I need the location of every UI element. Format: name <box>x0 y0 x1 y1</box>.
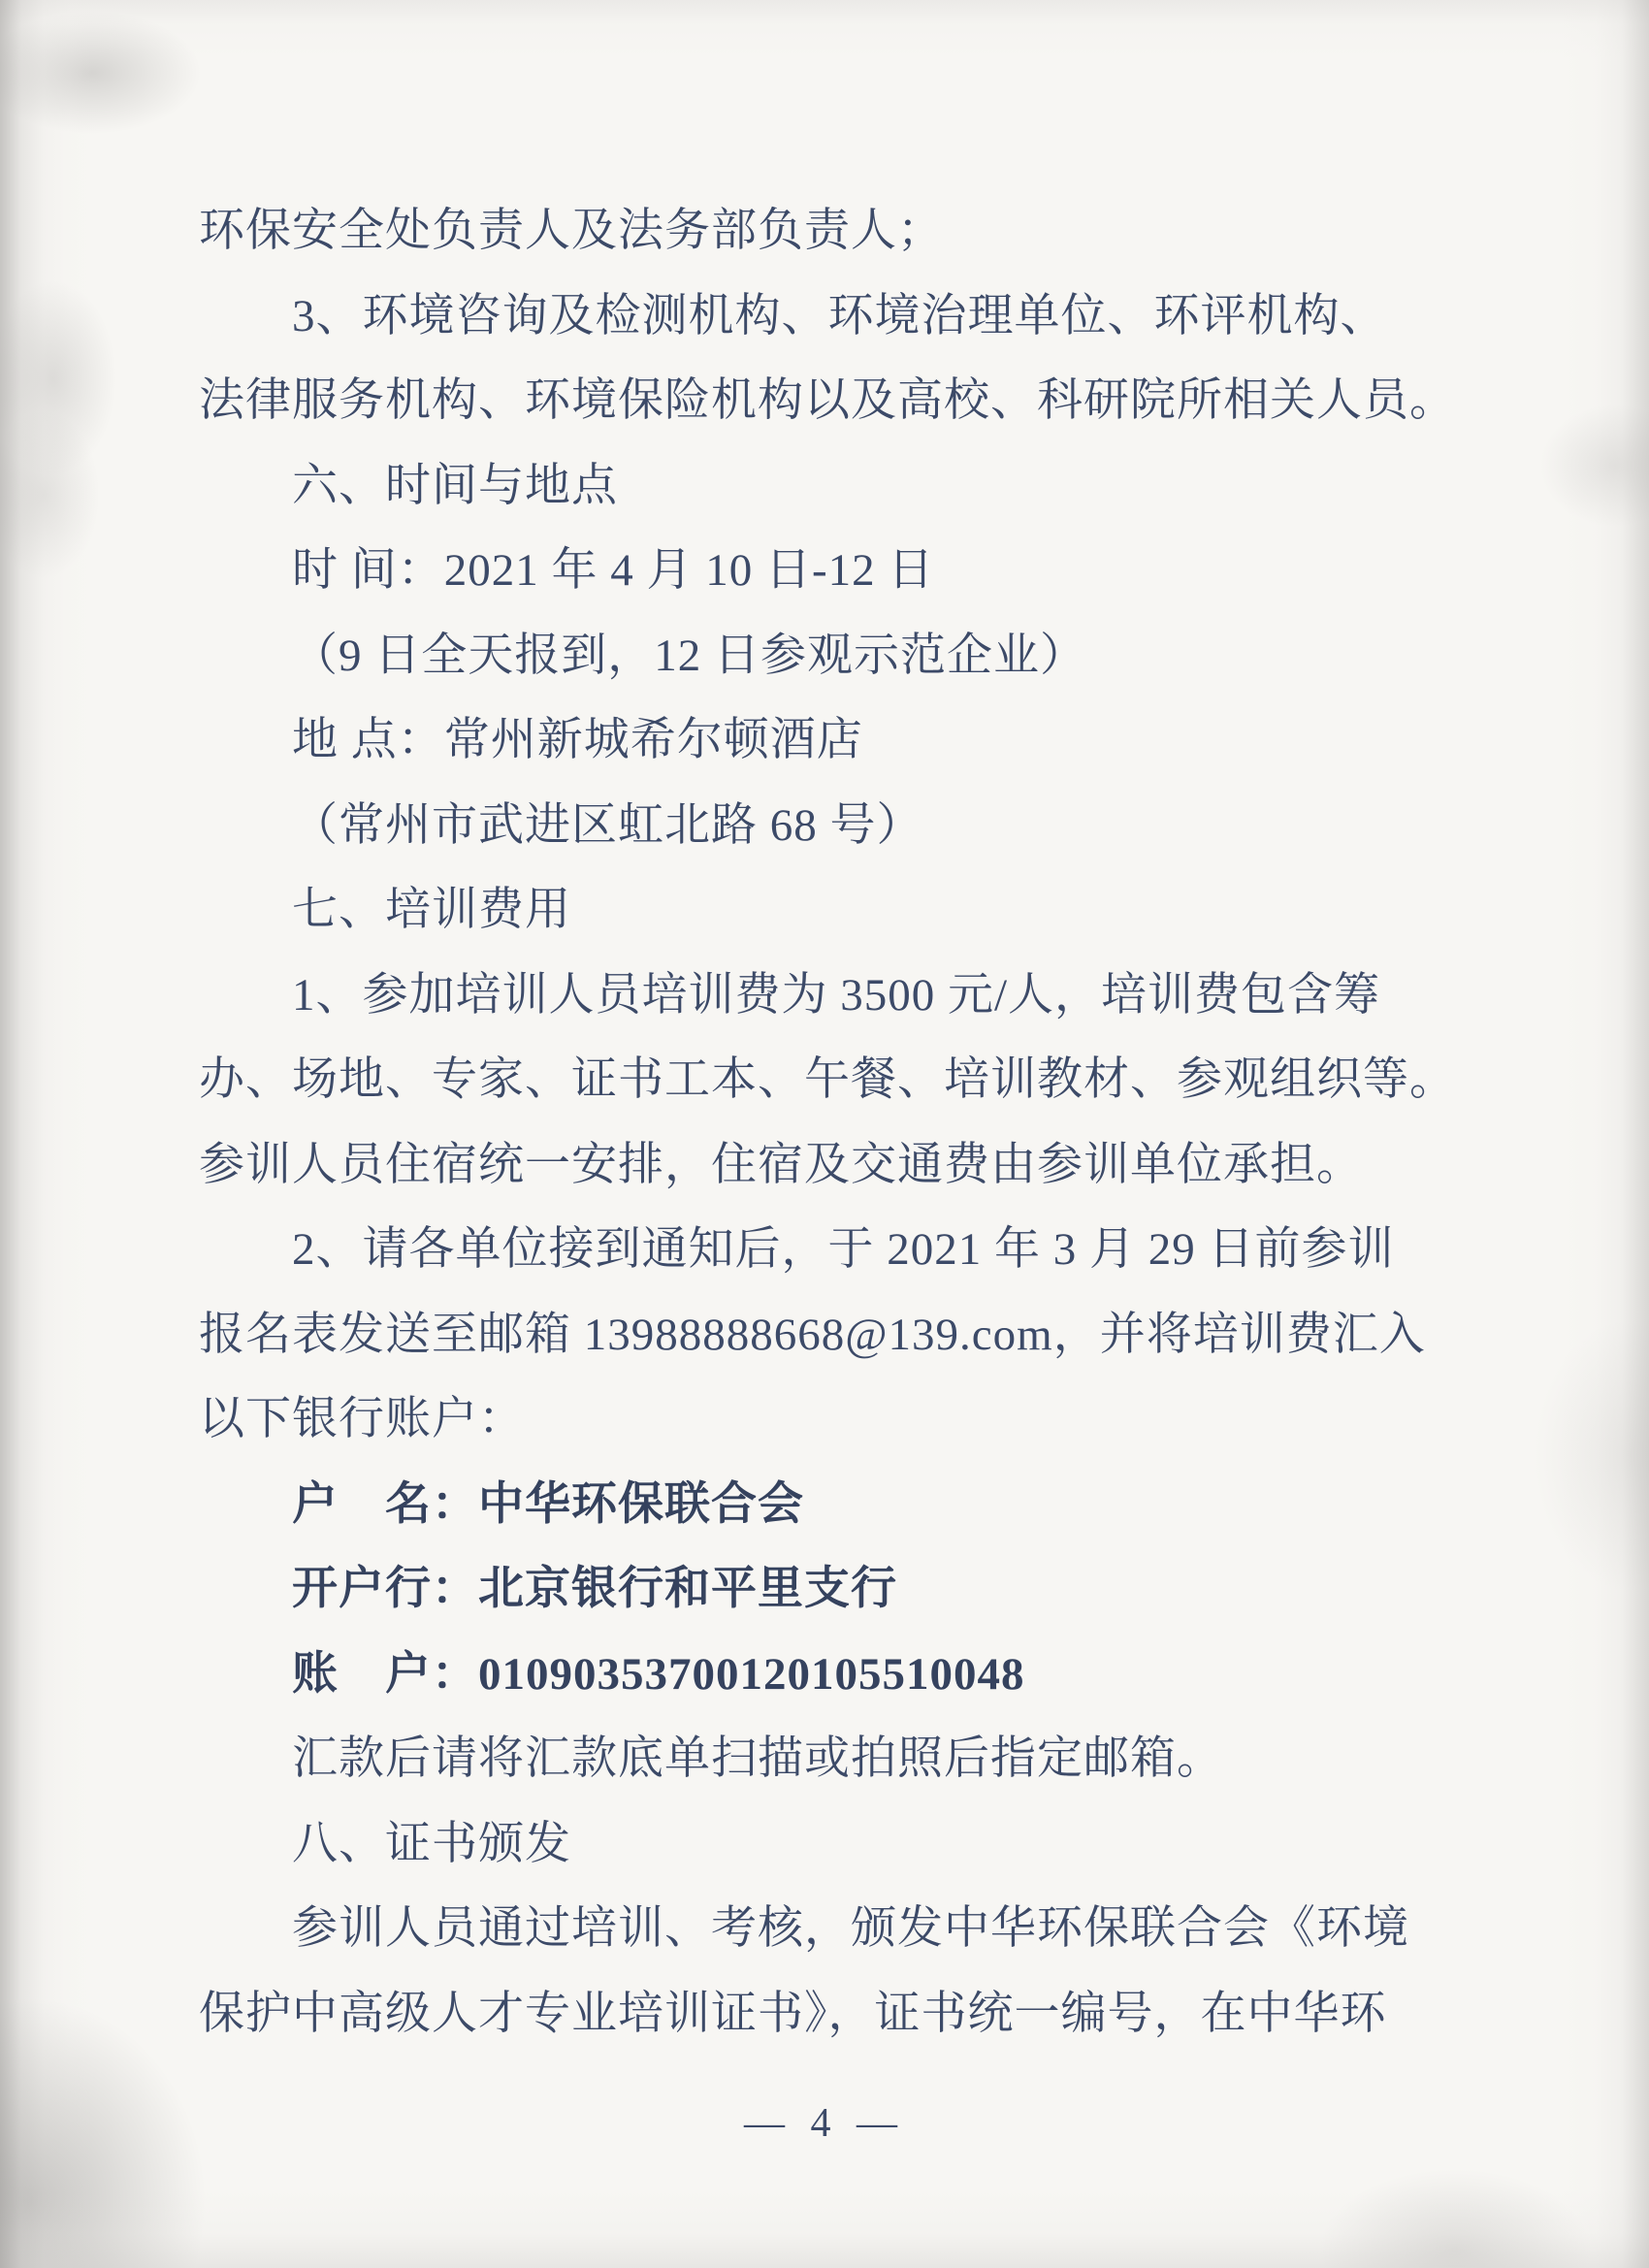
heading-section-7-fees: 七、培训费用 <box>199 868 1455 954</box>
text-line-checkin-note: （9 日全天报到，12 日参观示范企业） <box>199 614 1455 699</box>
text-line-lodging-note: 参训人员住宿统一安排，住宿及交通费由参训单位承担。 <box>199 1123 1455 1209</box>
text-line-address-note: （常州市武进区虹北路 68 号） <box>199 784 1455 869</box>
text-line-location: 地 点：常州新城希尔顿酒店 <box>199 698 1455 784</box>
text-line-email-remit: 报名表发送至邮箱 13988888668@139.com，并将培训费汇入 <box>199 1293 1455 1378</box>
text-line-fee-item-1: 1、参加培训人员培训费为 3500 元/人，培训费包含筹 <box>199 954 1455 1039</box>
text-line-bank-branch: 开户行：北京银行和平里支行 <box>199 1547 1455 1633</box>
heading-section-8-certificate: 八、证书颁发 <box>199 1802 1455 1888</box>
text-line-account-number: 账 户：01090353700120105510048 <box>199 1633 1455 1718</box>
text-line-certificate: 参训人员通过培训、考核，颁发中华环保联合会《环境 <box>199 1887 1455 1972</box>
text-line-continuation-responsibles: 环保安全处负责人及法务部负责人； <box>199 189 1455 275</box>
text-line-fee-item-2: 2、请各单位接到通知后，于 2021 年 3 月 29 日前参训 <box>199 1208 1455 1293</box>
page-number: — 4 — <box>0 2100 1649 2147</box>
heading-section-6-time-place: 六、时间与地点 <box>199 444 1455 530</box>
text-line-fee-item-1-cont: 办、场地、专家、证书工本、午餐、培训教材、参观组织等。 <box>199 1038 1455 1123</box>
text-line-remit-receipt-note: 汇款后请将汇款底单扫描或拍照后指定邮箱。 <box>199 1717 1455 1802</box>
text-line-certificate-cont: 保护中高级人才专业培训证书》，证书统一编号，在中华环 <box>199 1972 1455 2057</box>
text-line-time: 时 间：2021 年 4 月 10 日-12 日 <box>199 529 1455 614</box>
text-line-account-name: 户 名：中华环保联合会 <box>199 1463 1455 1548</box>
scanned-document-page: 环保安全处负责人及法务部负责人； 3、环境咨询及检测机构、环境治理单位、环评机构… <box>0 0 1649 2268</box>
text-line-item-3-orgs-cont: 法律服务机构、环境保险机构以及高校、科研院所相关人员。 <box>199 359 1455 444</box>
text-line-item-3-orgs: 3、环境咨询及检测机构、环境治理单位、环评机构、 <box>199 275 1455 360</box>
document-body: 环保安全处负责人及法务部负责人； 3、环境咨询及检测机构、环境治理单位、环评机构… <box>199 189 1455 2057</box>
text-line-bank-intro: 以下银行账户： <box>199 1377 1455 1463</box>
